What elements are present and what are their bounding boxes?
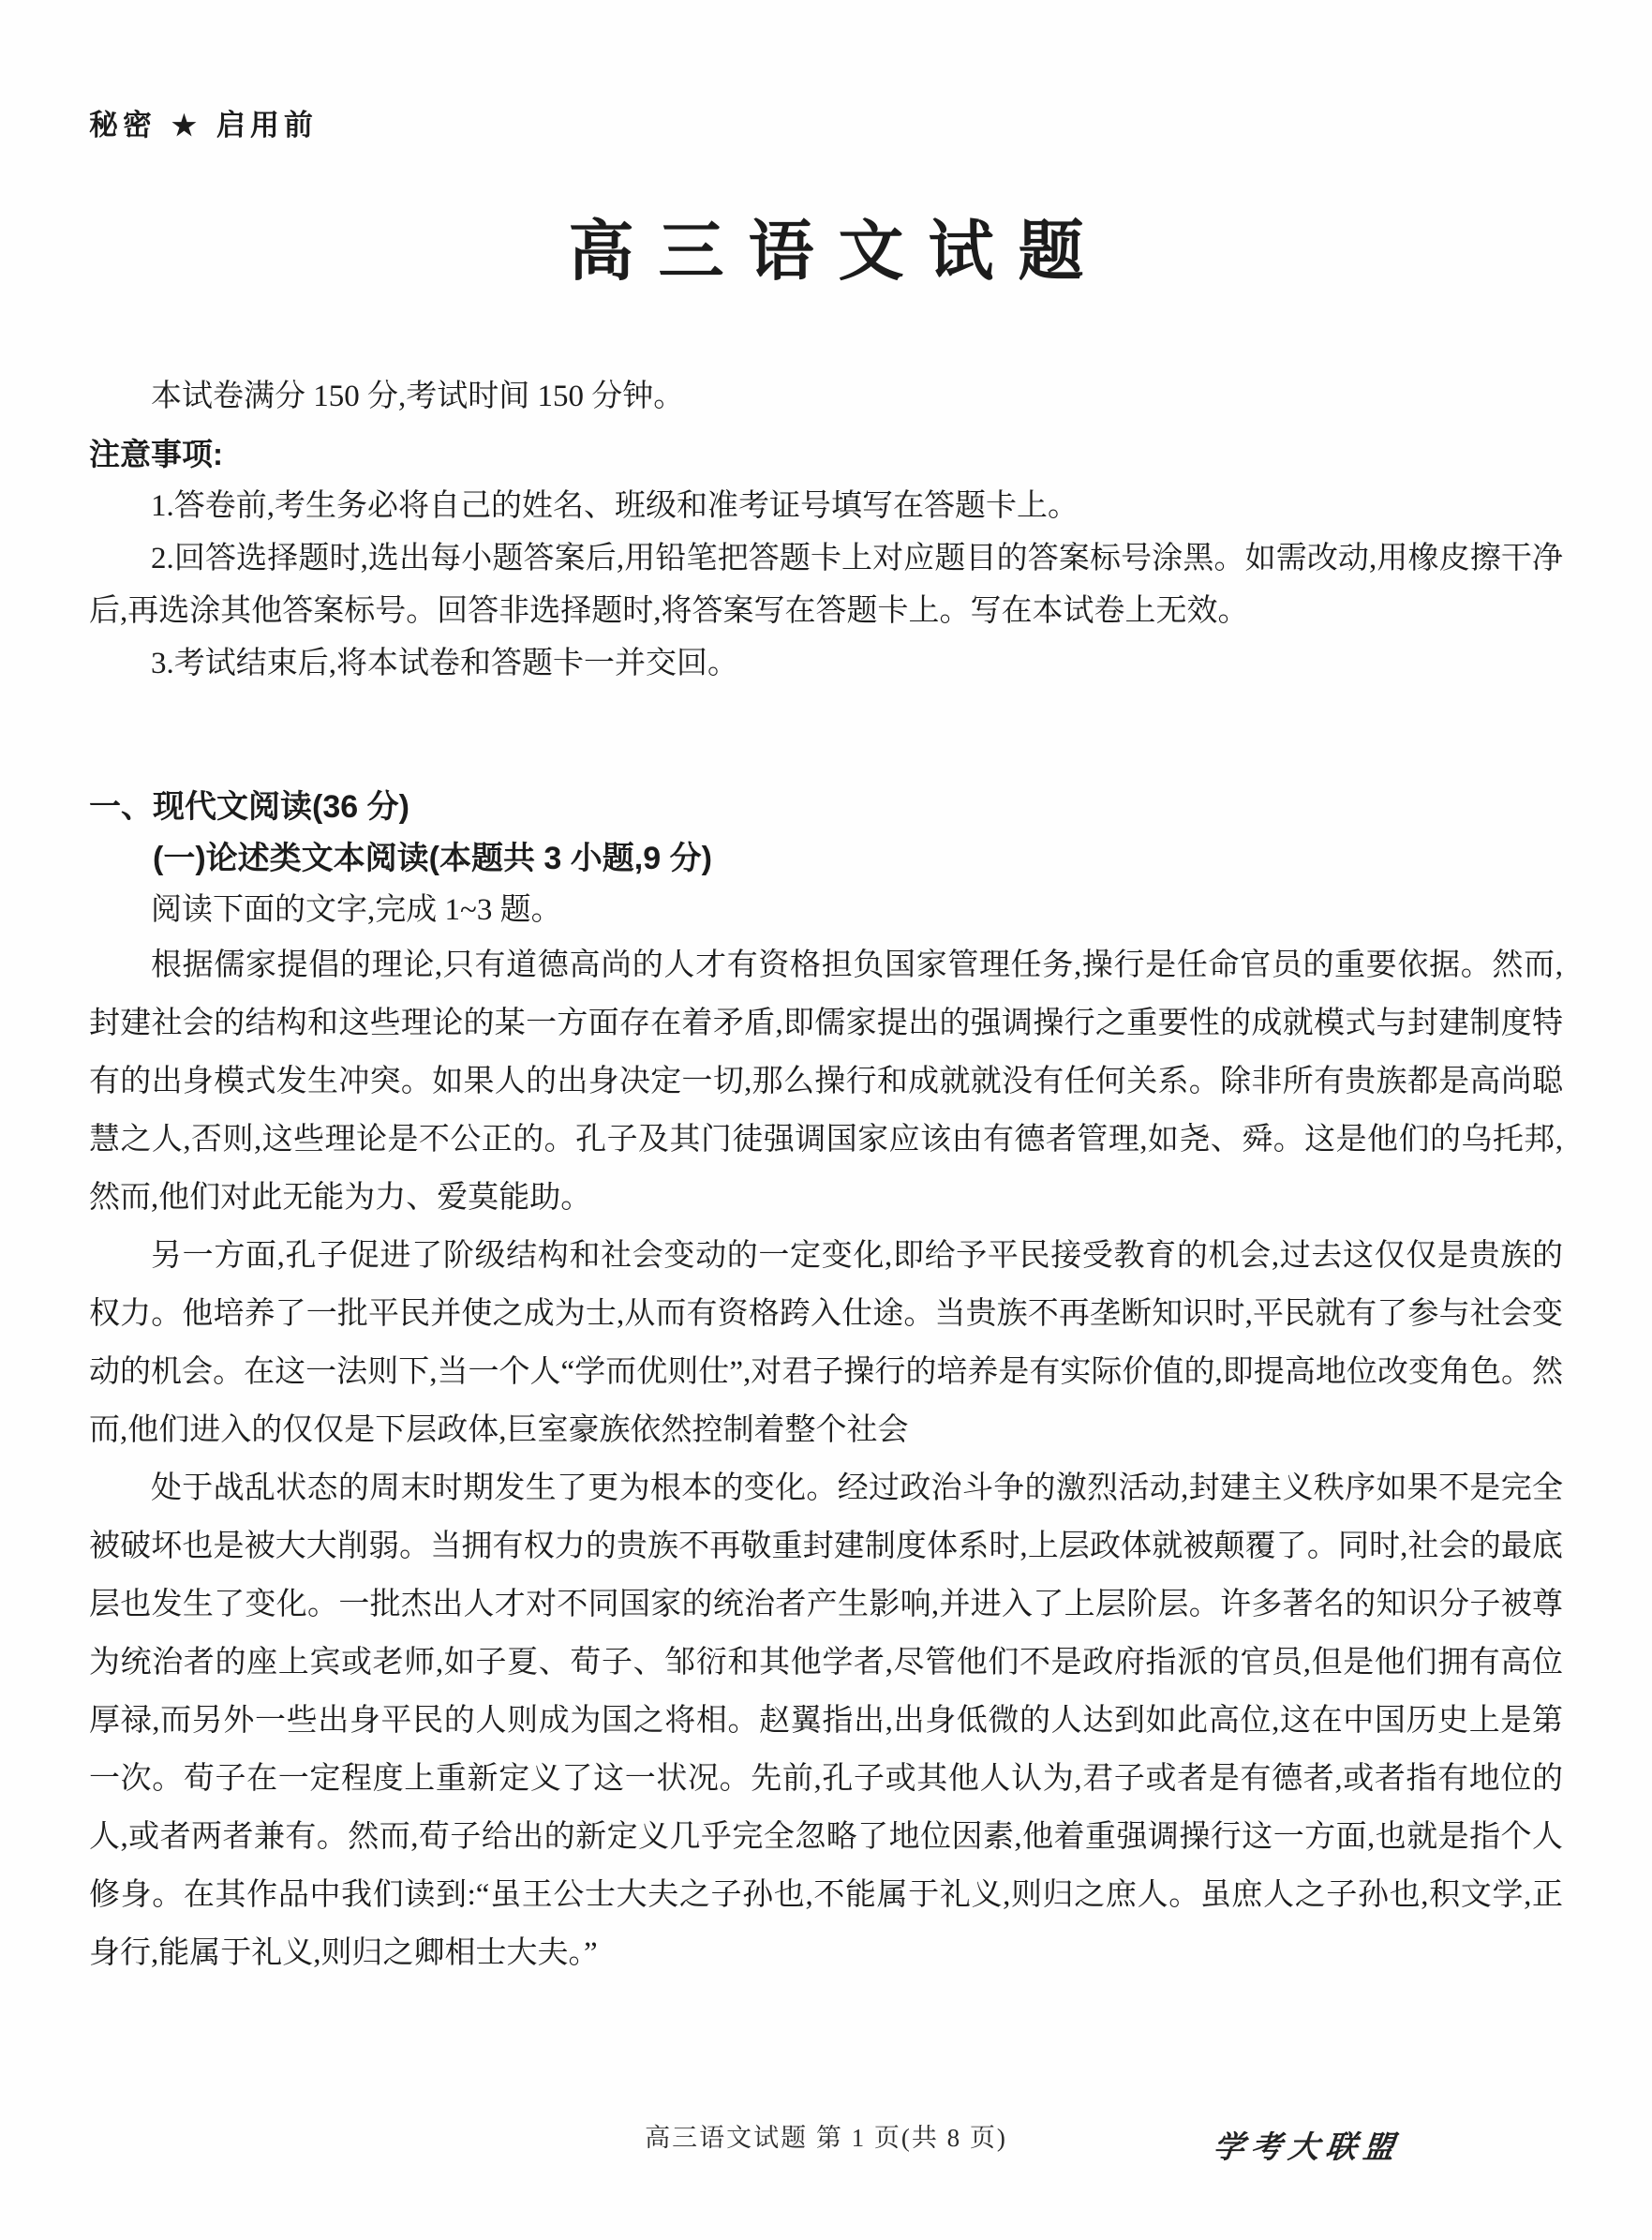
subsection-heading: (一)论述类文本阅读(本题共 3 小题,9 分) [89, 833, 1563, 885]
passage-paragraph: 根据儒家提倡的理论,只有道德高尚的人才有资格担负国家管理任务,操行是任命官员的重… [89, 936, 1563, 1227]
secret-label: 秘密 [89, 109, 156, 142]
before-use-label: 启用前 [216, 109, 318, 142]
star-icon: ★ [171, 110, 201, 142]
exam-intro: 本试卷满分 150 分,考试时间 150 分钟。 [89, 371, 1563, 423]
notice-header: 注意事项: [89, 428, 1563, 480]
page-title: 高三语文试题 [89, 217, 1563, 289]
exam-paper-page: 秘密★启用前 高三语文试题 本试卷满分 150 分,考试时间 150 分钟。 注… [0, 0, 1652, 2240]
reading-instruction: 阅读下面的文字,完成 1~3 题。 [89, 885, 1563, 936]
footer-page-info: 高三语文试题 第 1 页(共 8 页) [0, 2117, 1652, 2154]
section-heading: 一、现代文阅读(36 分) [89, 782, 1563, 833]
footer-watermark: 学考大联盟 [1212, 2123, 1404, 2167]
passage-paragraph: 另一方面,孔子促进了阶级结构和社会变动的一定变化,即给予平民接受教育的机会,过去… [89, 1227, 1563, 1459]
reading-passage: 根据儒家提倡的理论,只有道德高尚的人才有资格担负国家管理任务,操行是任命官员的重… [89, 936, 1563, 1982]
notice-item: 3.考试结束后,将本试卷和答题卡一并交回。 [89, 637, 1563, 690]
notice-item: 2.回答选择题时,选出每小题答案后,用铅笔把答题卡上对应题目的答案标号涂黑。如需… [89, 532, 1563, 637]
notice-item: 1.答卷前,考生务必将自己的姓名、班级和准考证号填写在答题卡上。 [89, 480, 1563, 532]
classification-label: 秘密★启用前 [89, 101, 1563, 143]
passage-paragraph: 处于战乱状态的周末时期发生了更为根本的变化。经过政治斗争的激烈活动,封建主义秩序… [89, 1459, 1563, 1982]
